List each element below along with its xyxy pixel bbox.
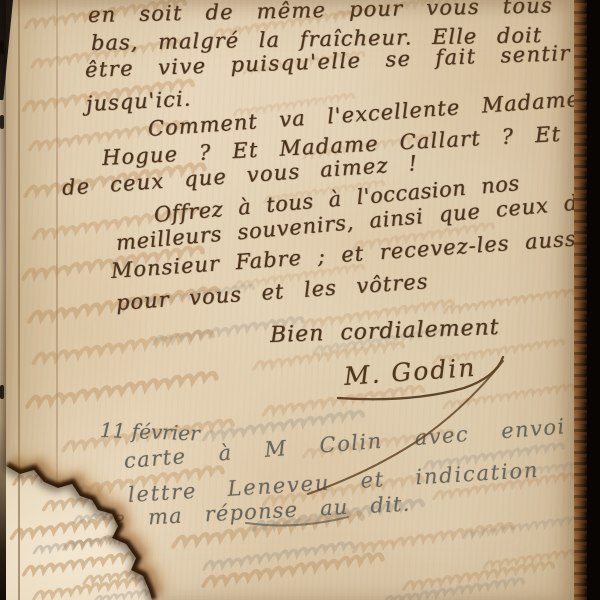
- left-edge-shadow: [0, 115, 4, 129]
- letter-page: en soit de même pour vous tous là - bas,…: [6, 0, 574, 600]
- sheet-fold-line: [56, 0, 58, 600]
- manuscript-photo: en soit de même pour vous tous là - bas,…: [0, 0, 600, 600]
- left-edge-shadow: [0, 385, 4, 399]
- gutter-shade: [6, 0, 60, 600]
- book-page-edges: [574, 0, 587, 600]
- closing-line: Bien cordialement: [270, 315, 500, 348]
- letter-page-wrap: en soit de même pour vous tous là - bas,…: [6, 0, 574, 600]
- page-fold-line: [18, 0, 20, 600]
- annotation-line: 11 février: [100, 418, 200, 445]
- letter-line: jusqu'ici.: [85, 86, 192, 115]
- signature: M. Godin: [343, 353, 477, 391]
